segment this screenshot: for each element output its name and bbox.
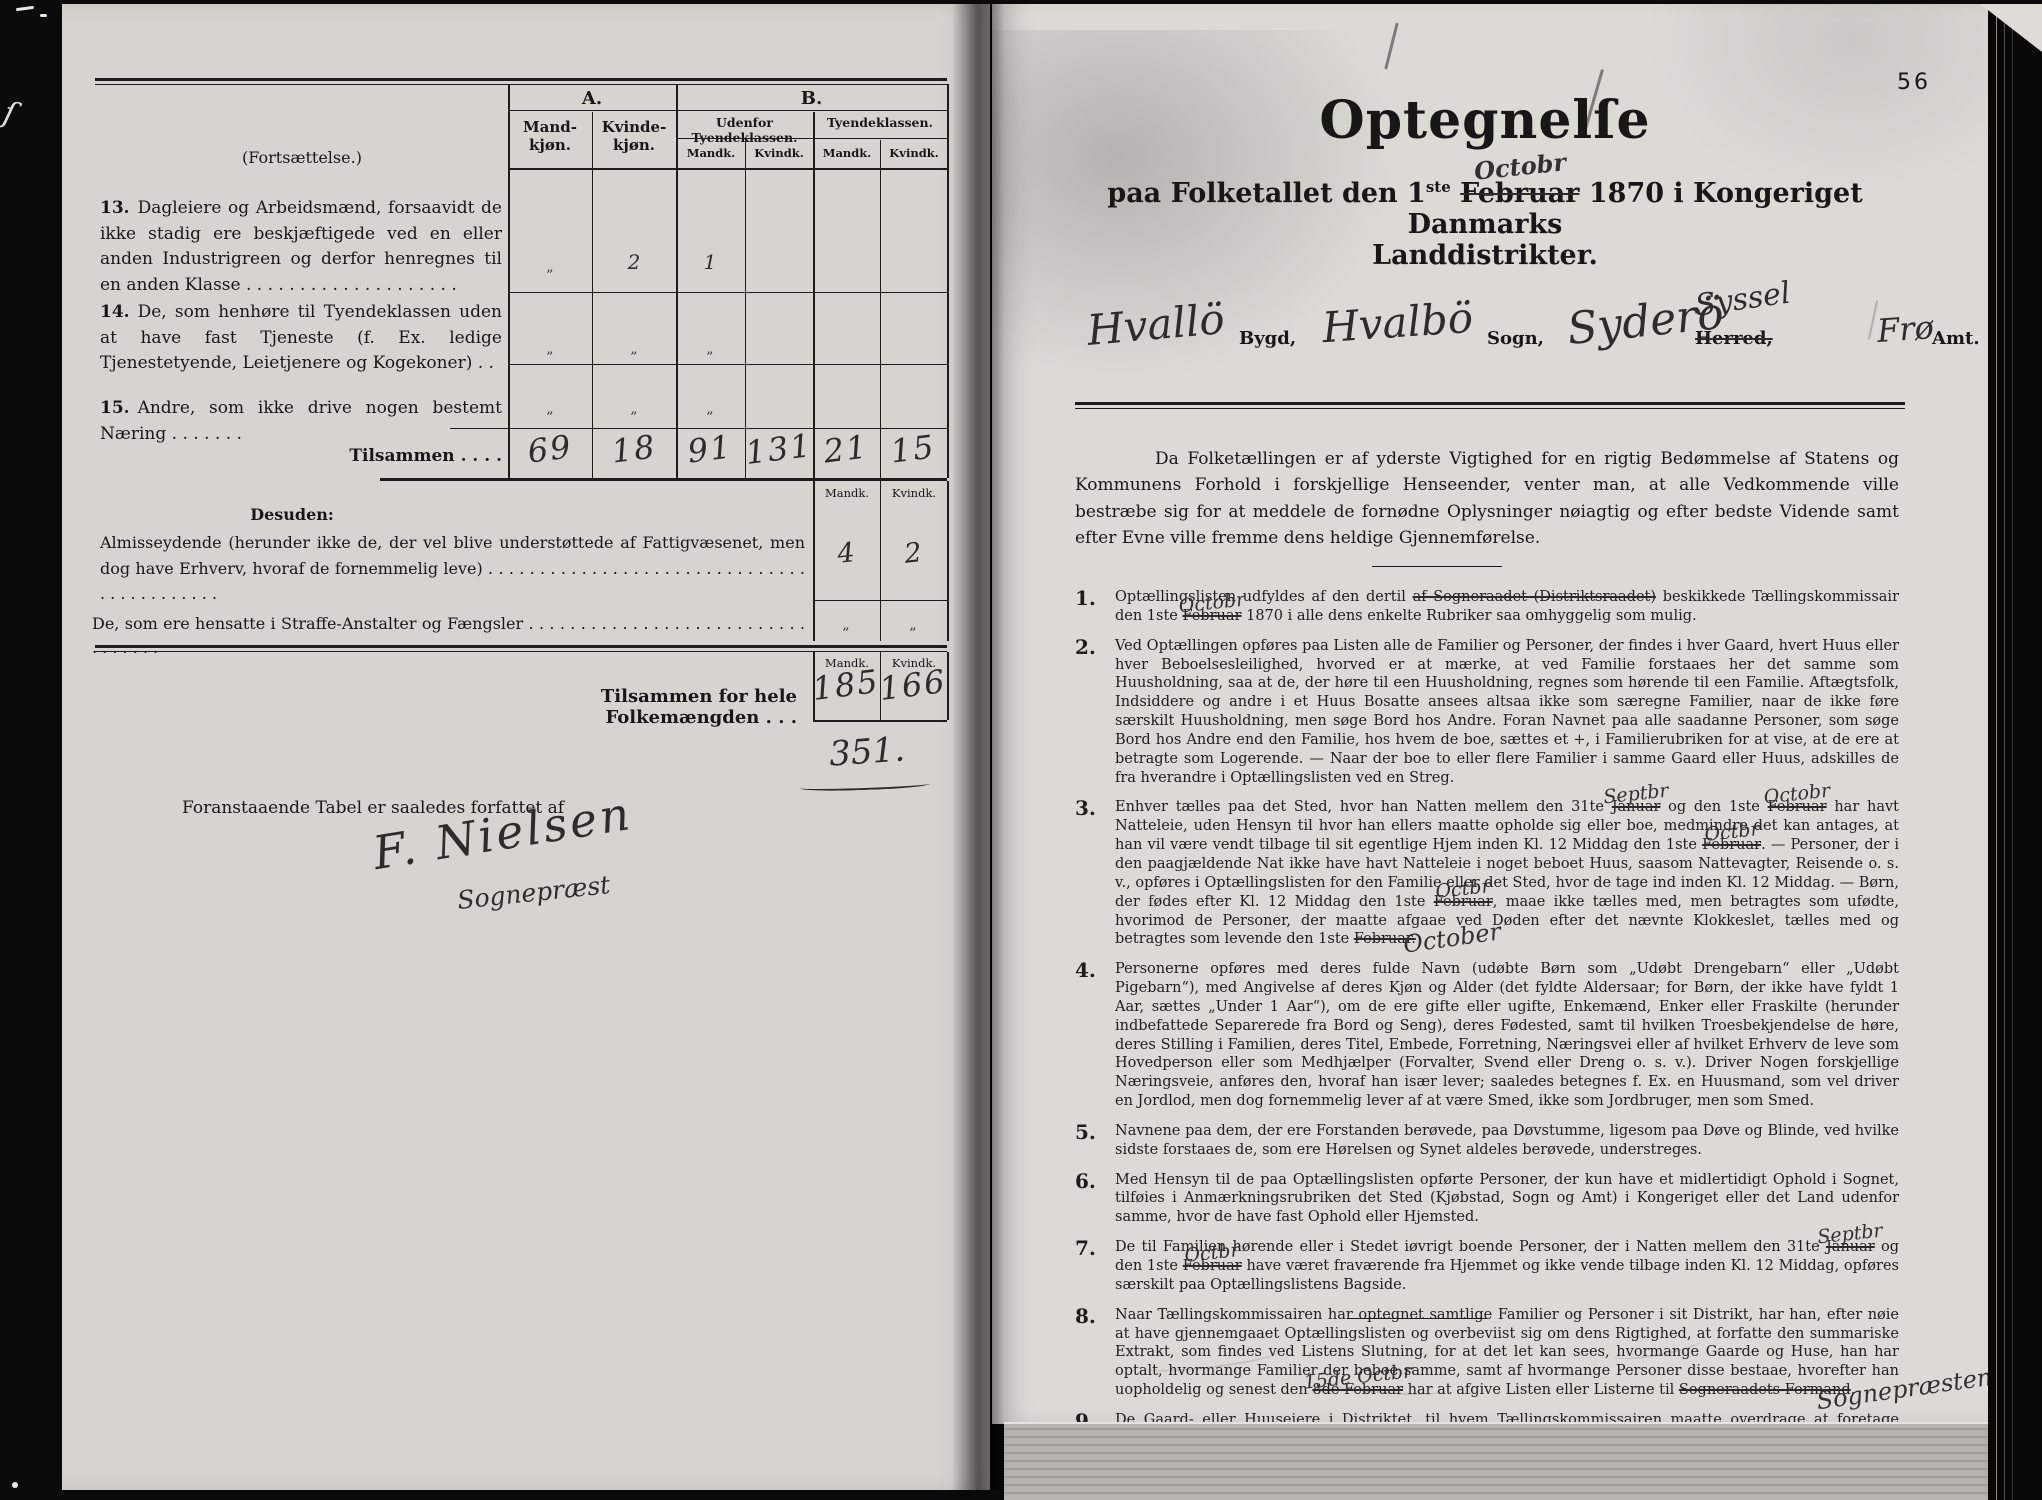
amt-value: Frø — [1876, 308, 1935, 350]
signature-title: Sognepræst — [456, 870, 612, 915]
item-text: Enhver tælles paa det Sted, hvor han Nat… — [1115, 799, 1899, 947]
subcolumn-kvindk: Kvindk. — [882, 486, 946, 500]
corrected-passage: FebruarOctbr — [1702, 837, 1761, 853]
subtitle-struck-month: FebruarOctobr — [1460, 178, 1579, 209]
corrected-passage: af Sogneraadet (Distriktsraadet) — [1413, 589, 1656, 605]
list-item: 4.Personerne opføres med deres fulde Nav… — [1075, 960, 1899, 1111]
corrected-passage: Februar.October — [1354, 931, 1416, 947]
table-value: „ — [594, 341, 674, 357]
subcolumn-kvindk: Kvindk. — [882, 146, 946, 160]
table-row-label: 15.Andre, som ikke drive nogen bestemt N… — [100, 396, 502, 447]
row-text: Dagleiere og Arbeidsmænd, forsaavidt de … — [100, 198, 502, 295]
film-speck — [40, 14, 47, 17]
column-kvindekjon: Kvinde-kjøn. — [596, 118, 672, 154]
page-stack-line — [2012, 0, 2013, 1500]
grand-total-underline — [800, 780, 930, 793]
table-value: 166 — [871, 661, 955, 708]
item-text: Ved Optællingen opføres paa Listen alle … — [1115, 638, 1899, 786]
table-value: „ — [670, 341, 750, 357]
item-number: 2. — [1075, 634, 1096, 660]
table-value: „ — [510, 401, 590, 417]
table-value: 18 — [592, 425, 676, 472]
scan-top-edge — [0, 0, 2042, 4]
scanned-census-document: ſ (Fortsættelse.) A. B. — [0, 0, 2042, 1500]
sogn-label: Sogn, — [1487, 328, 1544, 349]
herred-label-struck: Herred, — [1695, 328, 1773, 349]
item-number: 7. — [1075, 1235, 1096, 1261]
table-bottom-rule — [380, 478, 947, 481]
list-item: 5.Navnene paa dem, der ere Forstanden be… — [1075, 1122, 1899, 1160]
corrected-passage: FebruarOctobr — [1768, 799, 1827, 815]
row-number: 13. — [100, 198, 130, 218]
list-item: 3.Enhver tælles paa det Sted, hvor han N… — [1075, 798, 1899, 949]
tilsammen-label: Tilsammen . . . . — [302, 446, 502, 466]
row-number: 14. — [100, 302, 130, 322]
grand-total-label: Tilsammen for hele Folkemængden . . . — [442, 686, 797, 728]
table-border — [947, 84, 949, 478]
corrected-passage: FebruarOctbr — [1183, 1258, 1242, 1274]
header-rule-thin — [1075, 408, 1905, 409]
desuden-row-label: Almisseydende (herunder ikke de, der vel… — [100, 530, 805, 607]
item-number: 1. — [1075, 585, 1096, 611]
table-border — [813, 600, 947, 601]
bygd-label: Bygd, — [1239, 328, 1296, 349]
subtitle-superscript: ste — [1426, 178, 1451, 196]
list-item: 1.Optællingslisten udfyldes af den derti… — [1075, 588, 1899, 626]
corrected-passage: JanuarSeptbr — [1826, 1239, 1875, 1255]
instruction-list: 1.Optællingslisten udfyldes af den derti… — [1075, 588, 1899, 1478]
row-text: Andre, som ikke drive nogen bestemt Næri… — [100, 398, 502, 444]
table-value: „ — [594, 401, 674, 417]
table-top-rule — [95, 78, 947, 81]
item-text: Personerne opføres med deres fulde Navn … — [1115, 961, 1899, 1109]
scan-bottom-edge — [0, 1490, 1000, 1500]
bygd-value: Hvallö — [1085, 294, 1226, 355]
item-text: Navnene paa dem, der ere Forstanden berø… — [1115, 1123, 1899, 1158]
page-stack-line — [2004, 0, 2005, 1500]
section-rule-thin — [95, 651, 947, 652]
page-stack-line — [1996, 0, 1997, 1500]
intro-divider-rule — [1372, 566, 1502, 567]
section-rule — [95, 645, 947, 648]
column-group-a: A. — [508, 88, 676, 109]
subtitle-line2: Landdistrikter. — [1075, 240, 1895, 271]
location-line: Hvallö Bygd, Hvalbö Sogn, Syderö Syssel … — [1087, 296, 1902, 380]
table-value: 1 — [670, 250, 750, 274]
item-number: 5. — [1075, 1119, 1096, 1145]
table-row-label: 14.De, som henhøre til Tyendeklassen ude… — [100, 300, 502, 377]
film-speck — [16, 6, 34, 11]
desuden-heading: Desuden: — [162, 505, 422, 524]
table-value: „ — [510, 259, 590, 275]
subcolumn-mandk: Mandk. — [815, 146, 879, 160]
page-number: 56 — [1897, 70, 1931, 95]
table-value: „ — [873, 617, 953, 633]
table-value: 69 — [508, 425, 592, 472]
handwritten-correction: Sognepræsten — [1815, 1362, 1995, 1418]
subcolumn-kvindk: Kvindk. — [746, 146, 812, 160]
scan-right-edge — [1988, 0, 2042, 1500]
amt-label: Amt. — [1932, 328, 1980, 349]
table-border — [813, 112, 815, 478]
desuden-row-label: De, som ere hensatte i Straffe-Anstalter… — [92, 612, 805, 660]
table-border — [592, 112, 593, 478]
book-gutter-shadow — [952, 0, 1004, 1500]
header-rule — [1075, 402, 1905, 405]
column-udenfor-tyendeklassen: Udenfor Tyendeklassen. — [678, 115, 811, 145]
subcolumn-mandk: Mandk. — [678, 146, 744, 160]
table-value: 2 — [594, 250, 674, 274]
table-border — [508, 84, 510, 478]
page-stack-edge-highlight — [1004, 1422, 1988, 1424]
corrected-passage: JanuarSeptbr — [1612, 799, 1661, 815]
left-page: (Fortsættelse.) A. B. Mand-kjøn. Kvinde-… — [62, 0, 990, 1492]
item-text: De til Familien hørende eller i Stedet i… — [1115, 1239, 1899, 1293]
item-number: 8. — [1075, 1303, 1096, 1329]
column-mandkjon: Mand-kjøn. — [514, 118, 586, 154]
closing-divider-rule — [1347, 1318, 1487, 1319]
table-top-rule-thin — [95, 84, 947, 85]
syssel-correction: Syssel — [1693, 276, 1793, 324]
corrected-passage: Sogneraadets FormandSognepræsten — [1679, 1382, 1851, 1398]
item-text: Med Hensyn til de paa Optællingslisten o… — [1115, 1172, 1899, 1226]
item-text: Optællingslisten udfyldes af den dertil … — [1115, 589, 1899, 624]
item-number: 6. — [1075, 1168, 1096, 1194]
column-tyendeklassen: Tyendeklassen. — [815, 115, 945, 130]
continuation-label: (Fortsættelse.) — [122, 148, 482, 167]
strikethrough-text: af Sogneraadet (Distriktsraadet) — [1413, 589, 1656, 605]
table-border — [508, 364, 947, 365]
list-item: 2.Ved Optællingen opføres paa Listen all… — [1075, 637, 1899, 788]
handwritten-correction: October — [1402, 917, 1504, 962]
document-title: Optegnelſe — [1075, 90, 1895, 151]
item-number: 4. — [1075, 957, 1096, 983]
table-value: „ — [510, 341, 590, 357]
row-text: De, som henhøre til Tyendeklassen uden a… — [100, 302, 502, 373]
intro-paragraph: Da Folketællingen er af yderste Vigtighe… — [1075, 446, 1899, 551]
column-group-b: B. — [676, 88, 947, 109]
handwritten-correction: Octbr — [1435, 874, 1492, 904]
item-number: 3. — [1075, 795, 1096, 821]
table-border — [508, 292, 947, 293]
corrected-passage: FebruarOctbr — [1434, 894, 1493, 910]
row-number: 15. — [100, 398, 130, 418]
table-border — [813, 720, 947, 722]
right-page: 56 Optegnelſe paa Folketallet den 1ste F… — [992, 0, 1992, 1424]
pencil-mark — [1384, 22, 1399, 69]
film-speck — [12, 1482, 18, 1488]
page-stack-bottom — [1004, 1422, 1988, 1500]
list-item: 6.Med Hensyn til de paa Optællingslisten… — [1075, 1171, 1899, 1228]
subtitle-pre: paa Folketallet den 1 — [1107, 178, 1426, 209]
document-subtitle: paa Folketallet den 1ste FebruarOctobr 1… — [1075, 178, 1895, 271]
corrected-passage: FebruarOctobr — [1183, 608, 1242, 624]
grand-total-value: 351. — [806, 728, 928, 776]
sogn-value: Hvalbö — [1320, 293, 1474, 352]
table-border — [508, 110, 947, 111]
table-row-label: 13.Dagleiere og Arbeidsmænd, forsaavidt … — [100, 196, 502, 298]
table-value: „ — [670, 401, 750, 417]
table-value: 15 — [871, 425, 955, 472]
subcolumn-mandk: Mandk. — [815, 486, 879, 500]
film-strip-left: ſ — [0, 0, 62, 1500]
list-item: 7.De til Familien hørende eller i Stedet… — [1075, 1238, 1899, 1295]
table-border — [508, 168, 947, 170]
film-squiggle-mark: ſ — [0, 95, 19, 132]
